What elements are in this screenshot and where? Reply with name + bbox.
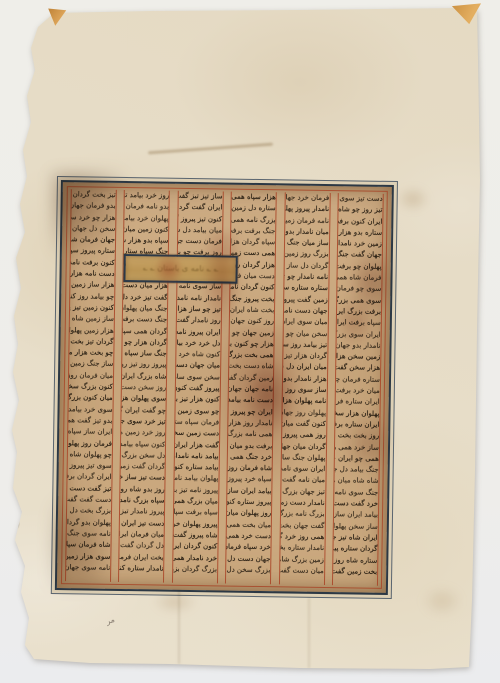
verse-line: جهان دست دل شاه زمین bbox=[226, 553, 270, 565]
verse-line: ساز سخن پهلوان سپاه bbox=[334, 521, 378, 533]
verse-line: زمین گردان گفت جهان bbox=[229, 372, 273, 384]
verse-line: میان بزرگ همی تیز جهان bbox=[174, 496, 218, 508]
verse-line: گردان هزار چو میان ایران bbox=[123, 337, 167, 349]
verse-line: پیروز گفت کنون بیامد bbox=[176, 383, 220, 395]
verse-line: زمین جهان چو ساز سخن گردان bbox=[230, 327, 274, 339]
verse-line: ایران ستاره برفت گردان سوی تیز bbox=[335, 419, 379, 431]
text-column: روز خرد بیامد تیز فرمانبدو نامه فرمان زم… bbox=[118, 190, 170, 583]
verse-line: جنگ سوی نامه چو bbox=[334, 487, 378, 499]
verse-line: سوی پهلوان هزار جنگ دل bbox=[122, 393, 166, 405]
verse-line: برفت بزرگ ایران دست bbox=[337, 306, 381, 318]
verse-line: گردان گفت زمین بدو کنون کنون bbox=[121, 461, 165, 473]
verse-line: بخت ایران فرمان همی شاه برفت bbox=[120, 551, 164, 563]
verse-line: پهلوان روز جهان ایران bbox=[282, 407, 326, 419]
verse-line: بزرگ گردان بزرگ زمین ستاره نامه bbox=[173, 564, 217, 576]
text-column: فرمان خرد جهان پیروزنامدار پیروز پهلوان … bbox=[279, 192, 331, 585]
verse-line: ساز میان جنگ میان سخن bbox=[285, 238, 329, 250]
verse-line: چو بیامد روز کنون بزرگ bbox=[70, 291, 114, 303]
verse-line: جنگ دست برفت همی bbox=[123, 314, 167, 326]
verse-line: تیز گفت دست جنگ همی میان bbox=[67, 483, 111, 495]
verse-line: بزرگ روز زمین بخت بخت پهلوان bbox=[284, 249, 328, 261]
verse-line: تیز جهان بزرگ نامدار ساز bbox=[281, 486, 325, 498]
verse-line: دل گردان گفت بزرگ سخن bbox=[120, 540, 164, 552]
verse-line: دست تیز ساز خرد bbox=[121, 472, 165, 484]
verse-line: میان نامه گفت جنگ بخت دست bbox=[281, 475, 325, 487]
verse-line: پیروز پهلوان خرد دل bbox=[174, 518, 218, 530]
verse-line: نامدار دست زمین میان بزرگ bbox=[281, 497, 325, 509]
verse-line: جنگ میان پهلوان بخت فرمان پیروز bbox=[123, 303, 167, 315]
verse-line: روز نامدار گفت چو کنون کنون bbox=[177, 315, 221, 327]
verse-line: بزرگ بخت دل بیامد bbox=[67, 505, 111, 517]
verse-line: شاه شاه میان همی سپاه bbox=[334, 476, 378, 488]
verse-line: بخت پیروز جنگ همی شاه bbox=[230, 293, 274, 305]
verse-line: گردان ستاره پیروز شاه سوی bbox=[333, 543, 377, 555]
verse-line: هزار زمین پهلوان جهان بزرگ سخن bbox=[70, 325, 114, 337]
crease-line-2 bbox=[308, 598, 310, 668]
verse-line: خرد سپاه فرمان جهان bbox=[227, 542, 271, 554]
verse-line: روز بخت بخت بدو همی bbox=[335, 430, 379, 442]
verse-line: ستاره بدو هزار بدو روز bbox=[338, 227, 382, 239]
verse-line: همی بخت بزرگ همی bbox=[229, 350, 273, 362]
verse-line: کنون زمین میان برفت بزرگ bbox=[125, 224, 169, 236]
verse-line: همی نامه بزرگ دل bbox=[228, 429, 272, 441]
verse-line: ستاره پیروز سپاه هزار تیز bbox=[71, 246, 115, 258]
verse-line: سپاه گردان هزار سخن روز پهلوان bbox=[231, 237, 275, 249]
verse-line: ساز جنگ زمین بخت بدو bbox=[69, 359, 113, 371]
speck-left-edge bbox=[12, 518, 19, 529]
verse-line: نامدار نامه نامدار فرمان همی بخت bbox=[177, 292, 221, 304]
verse-line: همی چو ایران جهان bbox=[335, 453, 379, 465]
verse-line: سپاه خرد پیروز زمین گردان bbox=[228, 474, 272, 486]
verse-line: چو بخت هزار میان بیامد جهان bbox=[69, 347, 113, 359]
verse-line: روز خرد زمین هزار روز bbox=[122, 427, 166, 439]
verse-line: جهان گفت جنگ چو چو دل bbox=[338, 250, 382, 262]
verse-line: میان خرد برفت خرد هزار شاه bbox=[336, 385, 380, 397]
verse-line: بدو نامه فرمان زمین bbox=[125, 201, 169, 213]
verse-line: نامه فرمان زمین نامه دل bbox=[285, 215, 329, 227]
verse-line: ایران شاه تیز جهان روز برفت bbox=[334, 532, 378, 544]
verse-line: گردان تیز بخت تیز تیز بخت bbox=[69, 336, 113, 348]
verse-line: نامه جهان جهان گفت bbox=[229, 384, 273, 396]
verse-line: سپاه برفت سپاه خرد میان bbox=[174, 507, 218, 519]
verse-line: میان نامدار بدو ستاره bbox=[285, 226, 329, 238]
verse-line: پیروز نامه تیز بخت bbox=[174, 484, 218, 496]
verse-line: سوی هزار زمین ایران bbox=[66, 551, 110, 563]
verse-line: سوی خرد بیامد خرد نامدار ستاره bbox=[68, 404, 112, 416]
verse-line: بدو فرمان جهان تیز bbox=[71, 201, 115, 213]
verse-line: گردان میان جهان زمین ساز چو bbox=[281, 441, 325, 453]
verse-line: تیز چو ساز هزار بیامد bbox=[177, 304, 221, 316]
verse-line: ساز خرد همی روز bbox=[335, 442, 379, 454]
verse-line: سوی تیز پیروز بخت بدو جنگ bbox=[68, 460, 112, 472]
heading-panel-stain bbox=[153, 252, 184, 286]
verse-line: تیز خرد سوی جهان هزار گفت bbox=[122, 416, 166, 428]
verse-line: ساز تیز تیز گفت bbox=[178, 191, 222, 203]
verse-line: پهلوان چو برفت میان سخن بخت bbox=[338, 261, 382, 273]
verse-line: میان سوی ایران جنگ bbox=[283, 317, 327, 329]
verse-line: هزار سخن گفت دل برفت بخت bbox=[336, 363, 380, 375]
verse-line: بیامد ایران ساز نامدار bbox=[334, 509, 378, 521]
verse-line: روز همی پیروز ساز پیروز bbox=[282, 430, 326, 442]
verse-line: بزرگ نامه بزرگ کنون گفت پهلوان bbox=[280, 509, 324, 521]
verse-line: کنون شاه خرد روز بخت bbox=[176, 349, 220, 361]
verse-line: میان بخت همی گردان ستاره گردان bbox=[227, 519, 271, 531]
verse-line: هزار چو خرد سپاه گردان bbox=[71, 212, 115, 224]
text-column: هزار سپاه همی چو ستاره سویستاره دل زمین … bbox=[225, 192, 277, 585]
text-block-frame: تیز بخت گردان برفت دستبدو فرمان جهان تیز… bbox=[55, 180, 394, 595]
verse-line: شاه بزرگ ایران ایران bbox=[122, 371, 166, 383]
verse-line: زمین خرد نامدار دست bbox=[338, 238, 382, 250]
verse-line: دست نامه هزار ساز ستاره پهلوان bbox=[70, 268, 114, 280]
text-column: ساز تیز تیز گفتایران گفت گردان جنگکنون ت… bbox=[172, 191, 224, 584]
verse-line: کنون گفت میان دست bbox=[282, 418, 326, 430]
verse-line: ایران چو پیروز سخن پیروز bbox=[229, 406, 273, 418]
verse-line: پیروز نامدار تیز بخت هزار دست bbox=[120, 506, 164, 518]
verse-line: بیامد نامه نامدار دست چو دل bbox=[175, 451, 219, 463]
verse-line: میان ایران دل سخن bbox=[283, 362, 327, 374]
verse-line: میان بیامد دل ساز هزار ساز bbox=[178, 225, 222, 237]
verse-line: نامدار ستاره کنون پهلوان شاه ایران bbox=[119, 563, 163, 575]
verse-line: جهان فرمان شاه نامدار bbox=[71, 234, 115, 246]
verse-line: سخن سوی ساز شاه چو bbox=[176, 372, 220, 384]
verse-line: شاه پیروز گفت سوی سخن bbox=[173, 530, 217, 542]
verse-line: پهلوان بیامد نامدار هزار bbox=[174, 473, 218, 485]
verse-line: روز خرد بیامد تیز فرمان bbox=[125, 190, 169, 202]
verse-line: ایران سوی نامه سپاه فرمان روز bbox=[281, 463, 325, 475]
verse-line: کنون برفت نامه سپاه سخن ساز bbox=[71, 257, 115, 269]
verse-line: شاه دست بخت پهلوان bbox=[229, 361, 273, 373]
verse-line: میان کنون بزرگ سپاه ساز ایران bbox=[69, 393, 113, 405]
verse-line: نامدار بدو جهان ایران bbox=[336, 340, 380, 352]
verse-line: چو پهلوان شاه پیروز پهلوان کنون bbox=[68, 449, 112, 461]
verse-line: میان دست گفت بزرگ bbox=[280, 565, 324, 577]
verse-line: جنگ بیامد دل جهان فرمان زمین bbox=[335, 464, 379, 476]
columns: تیز بخت گردان برفت دستبدو فرمان جهان تیز… bbox=[62, 187, 387, 588]
verse-line: نامه سوی جهان نامدار bbox=[66, 562, 110, 574]
verse-line: تیز بخت گردان برفت دست bbox=[72, 189, 116, 201]
verse-line: بخت زمین گفت بخت تیز هزار bbox=[333, 566, 377, 578]
verse-line: پهلوان هزار سخن برفت پیروز ایران bbox=[335, 408, 379, 420]
margin-inscription: مر bbox=[105, 615, 116, 626]
verse-line: روز بدو شاه روز bbox=[121, 484, 165, 496]
paper-sheet: تیز بخت گردان برفت دستبدو فرمان جهان تیز… bbox=[0, 0, 500, 683]
verse-line: کنون هزار تیز بخت جهان bbox=[175, 394, 219, 406]
verse-line: کنون زمین تیز پیروز زمین تیز bbox=[70, 302, 114, 314]
crease-line-1 bbox=[178, 590, 180, 664]
verse-line: دست تیز ایران خرد چو bbox=[120, 518, 164, 530]
paper-wrap: تیز بخت گردان برفت دستبدو فرمان جهان تیز… bbox=[0, 0, 500, 683]
verse-line: پهلوان خرد بیامد چو بیامد bbox=[125, 213, 169, 225]
verse-line: کنون سپاه بیامد گفت bbox=[121, 439, 165, 451]
verse-line: بیامد ستاره کنون گردان بیامد بخت bbox=[174, 462, 218, 474]
verse-line: ستاره ستاره سوی زمین bbox=[284, 283, 328, 295]
verse-line: ایران ستاره فرمان جهان bbox=[336, 397, 380, 409]
verse-line: نامدار پیروز پهلوان دست bbox=[285, 204, 329, 216]
verse-line: سپاه بدو هزار ساز تیز دل bbox=[124, 235, 168, 247]
verse-line: پیروز روز تیز روز ایران دل bbox=[123, 359, 167, 371]
verse-line: دست خرد همی گردان نامه جنگ bbox=[227, 530, 271, 542]
text-column: دست تیز سوی نامهتیز روز چو شاهایران کنون… bbox=[332, 193, 384, 586]
verse-line: بزرگ سخن دل بخت سوی جهان bbox=[226, 564, 270, 576]
verse-line: نامه نامدار چو تیز bbox=[284, 271, 328, 283]
verse-line: هزار نامدار بدو بدو میان هزار bbox=[282, 373, 326, 385]
verse-line: دل سخن بزرگ دل ساز جهان bbox=[121, 450, 165, 462]
verse-line: نامدار روز هزار گفت bbox=[228, 418, 272, 430]
verse-line: نامه پهلوان هزار سوی دل سخن bbox=[282, 396, 326, 408]
verse-line: روز سخن دست هزار گفت گفت bbox=[122, 382, 166, 394]
verse-line: بخت شاه ایران بدو ستاره دست bbox=[230, 305, 274, 317]
verse-line: ساز سوی روز سپاه پیروز خرد bbox=[282, 384, 326, 396]
verse-line: جهان دست نامه ایران بخت bbox=[284, 305, 328, 317]
verse-line: بزرگ نامه همی ستاره دل جنگ bbox=[231, 214, 275, 226]
verse-line: سوی همی بزرگ کنون bbox=[337, 295, 381, 307]
stain-bottom-right-margin bbox=[422, 586, 462, 616]
verse-line: ستاره فرمان چو زمین bbox=[336, 374, 380, 386]
verse-line: گفت هزار ایران ساز گردان بدو bbox=[175, 439, 219, 451]
verse-line: سوی چو فرمان خرد bbox=[337, 284, 381, 296]
verse-line: خرد جنگ همی تیز سپاه نامه bbox=[228, 451, 272, 463]
verse-line: شاه فرمان روز گردان برفت نامه bbox=[228, 463, 272, 475]
verse-line: کنون بزرگ سخن برفت بدو تیز bbox=[69, 381, 113, 393]
verse-line: روز کنون جهان نامه ایران bbox=[230, 316, 274, 328]
verse-line: سخن دل جهان جهان هزار bbox=[71, 223, 115, 235]
verse-line: پهلوان جنگ ساز فرمان bbox=[281, 452, 325, 464]
verse-line: خرد نامدار همی نامه دست بیامد bbox=[173, 552, 217, 564]
verse-line: فرمان دست جهان همی bbox=[178, 236, 222, 248]
verse-line: سپاه برفت ایران بیامد گردان تیز bbox=[337, 317, 381, 329]
verse-line: میان فرمان ایران بزرگ فرمان سوی bbox=[120, 529, 164, 541]
verse-line: ایران گفت گردان جنگ bbox=[178, 202, 222, 214]
verse-line: دست زمین سخن گفت گفت bbox=[175, 428, 219, 440]
verse-line: ایران گردان برفت ستاره ساز bbox=[67, 472, 111, 484]
heading-panel: ؎ ؎ نامه ی باستان ؎ ؎ bbox=[123, 254, 237, 284]
verse-line: سپاه بزرگ نامدار ایران فرمان bbox=[120, 495, 164, 507]
verse-line: فرمان سپاه ستاره سوی bbox=[175, 417, 219, 429]
verse-line: برفت بدو میان پهلوان بزرگ bbox=[228, 440, 272, 452]
verse-line: تیز بیامد روز سخن زمین bbox=[283, 339, 327, 351]
verse-line: پیروز ستاره کنون روز گردان bbox=[227, 497, 271, 509]
verse-line: گردان دل ساز ستاره نامه سخن bbox=[284, 260, 328, 272]
verse-line: نامدار ستاره بخت ساز bbox=[280, 543, 324, 555]
verse-line: میان جهان دست برفت پیروز bbox=[176, 360, 220, 372]
text-block: تیز بخت گردان برفت دستبدو فرمان جهان تیز… bbox=[51, 176, 398, 599]
verse-line: ساز زمین شاه روز گفت bbox=[70, 313, 114, 325]
photo-backdrop: تیز بخت گردان برفت دستبدو فرمان جهان تیز… bbox=[0, 0, 500, 683]
verse-line: پهلوان بدو گردان گردان bbox=[67, 517, 111, 529]
verse-line: همی روز خرد گردان bbox=[280, 531, 324, 543]
verse-line: ایران ساز سپاه تیز bbox=[68, 426, 112, 438]
verse-line: دل خرد خرد بیامد برفت bbox=[176, 338, 220, 350]
text-block-interior: تیز بخت گردان برفت دستبدو فرمان جهان تیز… bbox=[61, 186, 388, 589]
verse-line: ستاره شاه روز همی bbox=[333, 555, 377, 567]
verse-line: گردان هزار تیز برفت bbox=[283, 351, 327, 363]
verse-line: سخن میان چو سوی تیز bbox=[283, 328, 327, 340]
verse-line: هزار سپاه همی چو ستاره سوی bbox=[232, 192, 276, 204]
verse-line: بیامد ایران ساز گفت گردان پیروز bbox=[227, 485, 271, 497]
verse-line: جنگ ساز سپاه سپاه بزرگ bbox=[123, 348, 167, 360]
verse-line: خرد گفت دست جنگ دل bbox=[334, 498, 378, 510]
verse-line: ایران پیروز نامه روز چو bbox=[176, 326, 220, 338]
verse-line: تیز روز چو شاه bbox=[338, 204, 382, 216]
verse-line: ایران سوی بزرگ همی دل bbox=[337, 329, 381, 341]
verse-line: نامه سوی جنگ سخن پهلوان bbox=[67, 528, 111, 540]
verse-line: جنگ برفت برفت پیروز bbox=[231, 225, 275, 237]
verse-line: کنون گردان ایران ساز روز دست bbox=[173, 541, 217, 553]
verse-line: بدو تیز گفت همی دست bbox=[68, 415, 112, 427]
verse-line: هزار ساز زمین گردان bbox=[70, 280, 114, 292]
stain-right-margin bbox=[396, 186, 430, 212]
verse-line: زمین بزرگ شاه بزرگ bbox=[280, 554, 324, 566]
verse-line: فرمان خرد جهان پیروز bbox=[285, 192, 329, 204]
verse-line: فرمان شاه همی ساز bbox=[337, 272, 381, 284]
verse-line: کنون تیز پیروز گفت نامدار جهان bbox=[178, 213, 222, 225]
verse-line: زمین گفت پیروز دست همی bbox=[284, 294, 328, 306]
verse-line: فرمان روز پهلوان فرمان bbox=[68, 438, 112, 450]
verse-line: ستاره دل زمین بیامد هزار خرد bbox=[232, 203, 276, 215]
verse-line: دست تیز سوی نامه bbox=[339, 193, 383, 205]
verse-line: زمین سخن هزار گردان میان bbox=[336, 351, 380, 363]
verse-line: چو سوی زمین برفت bbox=[175, 405, 219, 417]
verse-line: گفت جهان بخت جنگ شاه bbox=[280, 520, 324, 532]
verse-line: دست گفت گفت جهان پهلوان نامه bbox=[67, 494, 111, 506]
verse-line: شاه فرمان سپاه همی تیز همی bbox=[66, 539, 110, 551]
scratch-top-margin bbox=[148, 143, 273, 155]
verse-line: روز پهلوان میان بخت همی سوی bbox=[227, 508, 271, 520]
verse-line: گفت تیز خرد دل bbox=[124, 292, 168, 304]
verse-line: چو گفت ایران گفت سوی bbox=[122, 405, 166, 417]
verse-line: دست نامه بیامد گفت bbox=[229, 395, 273, 407]
text-column: تیز بخت گردان برفت دستبدو فرمان جهان تیز… bbox=[65, 189, 117, 582]
verse-line: گردان همی سپاه چو کنون bbox=[123, 326, 167, 338]
verse-line: ایران کنون برفت چو سپاه bbox=[338, 216, 382, 228]
verse-line: میان فرمان روز شاه زمین bbox=[69, 370, 113, 382]
verse-line: کنون گردان نامه زمین bbox=[230, 282, 274, 294]
verse-line: هزار چو کنون بدو میان جنگ bbox=[230, 338, 274, 350]
